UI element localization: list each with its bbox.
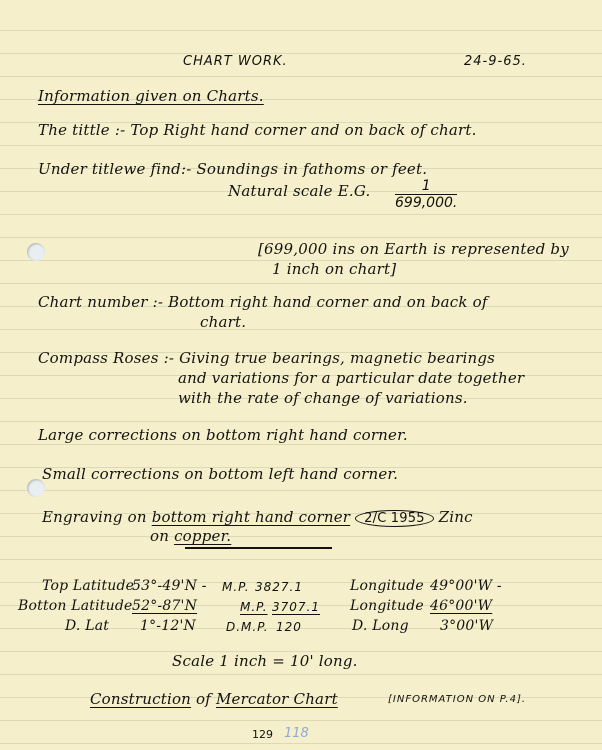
construction-word: Construction: [90, 690, 191, 708]
chart-number-text: Bottom right hand corner and on back of: [168, 293, 488, 311]
scale-note-line2: 1 inch on chart]: [272, 260, 396, 278]
title-line: The tittle :- Top Right hand corner and …: [38, 121, 477, 139]
under-title-line: Under titlewe find:- Soundings in fathom…: [38, 160, 427, 178]
title-text: Top Right hand corner and on back of cha…: [130, 121, 476, 139]
page-date: 24-9-65.: [464, 54, 527, 69]
engraving-post: Zinc: [434, 508, 473, 526]
under-title-label: Under titlewe find:-: [38, 160, 196, 178]
chart-number-text-cont: chart.: [200, 313, 246, 331]
bottom-longitude-label: Longitude: [350, 598, 424, 614]
compass-roses-label: Compass Roses :-: [38, 349, 179, 367]
top-latitude-value: 53°-49'N -: [132, 578, 207, 594]
compass-roses-text-2: and variations for a particular date tog…: [178, 369, 524, 387]
natural-scale-label: Natural scale E.G.: [228, 182, 370, 200]
d-long-value: 3°00'W: [440, 618, 493, 634]
engraving-pre: Engraving on: [42, 508, 152, 526]
page-number: 129: [252, 728, 273, 741]
punch-hole-top: [27, 243, 45, 261]
bottom-mp-label: M.P.: [240, 600, 268, 614]
notebook-page: CHART WORK. 24-9-65. Information given o…: [0, 0, 602, 750]
compass-roses-text-3: with the rate of change of variations.: [178, 389, 468, 407]
fraction-numerator: 1: [395, 178, 457, 195]
bottom-latitude-label: Botton Latitude: [18, 598, 133, 614]
engraving-oval-badge: 2/C 1955: [355, 510, 434, 527]
engraving-material: copper.: [174, 527, 231, 545]
information-reference: [INFORMATION ON P.4].: [388, 694, 526, 705]
title-label: The tittle :-: [38, 121, 130, 139]
d-lat-label: D. Lat: [65, 618, 109, 634]
large-corrections-line: Large corrections on bottom right hand c…: [38, 426, 408, 444]
engraving-location: bottom right hand corner: [152, 508, 350, 526]
top-latitude-label: Top Latitude: [42, 578, 134, 594]
top-longitude-value: 49°00'W -: [430, 578, 502, 594]
scale-line: Scale 1 inch = 10' long.: [172, 652, 358, 670]
bottom-longitude-value: 46°00'W: [430, 598, 492, 614]
d-lat-value: 1°-12'N: [140, 618, 196, 634]
bottom-latitude-value: 52°-87'N: [132, 598, 197, 614]
top-mp-value: 3827.1: [255, 580, 303, 594]
engraving-line2-pre: on: [150, 527, 174, 545]
section-divider: [185, 547, 332, 549]
dmp-label: D.M.P.: [226, 620, 269, 634]
page-number-stamp: 118: [284, 726, 309, 741]
section-heading: Information given on Charts.: [38, 87, 264, 105]
scale-note-line1: [699,000 ins on Earth is represented by: [258, 240, 569, 258]
dmp-value: 120: [276, 620, 302, 634]
under-title-text: Soundings in fathoms or feet.: [196, 160, 427, 178]
engraving-line: Engraving on bottom right hand corner 2/…: [42, 508, 473, 527]
fraction-denominator: 699,000.: [395, 195, 457, 211]
page-title: CHART WORK.: [183, 54, 288, 69]
mercator-chart-word: Mercator Chart: [216, 690, 338, 708]
scale-fraction: 1 699,000.: [395, 178, 457, 211]
small-corrections-line: Small corrections on bottom left hand co…: [42, 465, 398, 483]
chart-number-line: Chart number :- Bottom right hand corner…: [38, 293, 488, 311]
top-longitude-label: Longitude: [350, 578, 424, 594]
bottom-mp-value: 3707.1: [272, 600, 320, 614]
top-mp-label: M.P.: [222, 580, 250, 594]
engraving-line-2: on copper.: [150, 527, 231, 545]
compass-roses-line: Compass Roses :- Giving true bearings, m…: [38, 349, 495, 367]
d-long-label: D. Long: [352, 618, 409, 634]
compass-roses-text: Giving true bearings, magnetic bearings: [179, 349, 495, 367]
construction-heading: Construction of Mercator Chart: [90, 690, 338, 708]
construction-of: of: [191, 690, 216, 708]
chart-number-label: Chart number :-: [38, 293, 168, 311]
